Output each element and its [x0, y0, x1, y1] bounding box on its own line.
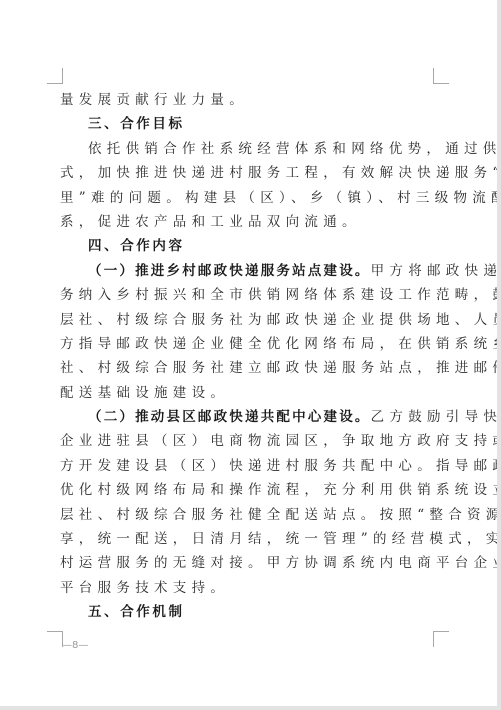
paragraph-text: 量发展贡献行业力量。 — [60, 92, 248, 108]
paragraph-text: 甲方将邮政快递服 — [371, 263, 501, 279]
text-line: （一）推进乡村邮政快递服务站点建设。甲方将邮政快递服 — [60, 259, 438, 283]
paragraph-text: 配送基础设施建设。 — [60, 385, 229, 401]
text-line: 企业进驻县（区）电商物流园区，争取地方政府支持或委托第三 — [60, 429, 438, 453]
text-line: 系，促进农产品和工业品双向流通。 — [60, 210, 438, 234]
document-page: 量发展贡献行业力量。 三、合作目标 依托供销合作社系统经营体系和网络优势，通过供… — [0, 0, 497, 706]
text-line: 依托供销合作社系统经营体系和网络优势，通过供邮合作模 — [60, 137, 438, 161]
top-right-margin-mark — [433, 68, 449, 84]
bottom-left-margin-mark — [47, 631, 63, 647]
paragraph-text: 务纳入乡村振兴和全市供销网络体系建设工作范畴，鼓励乡镇基 — [60, 287, 501, 303]
subheading-text: （二）推动县区邮政快递共配中心建设。 — [88, 409, 371, 425]
heading-text: 五、合作机制 — [88, 604, 185, 620]
paragraph-text: 层社、村级综合服务社健全配送站点。按照“整合资源，信息共 — [60, 507, 501, 523]
text-line: 里”难的问题。构建县（区）、乡（镇）、村三级物流配送网络体 — [60, 186, 438, 210]
text-line: 量发展贡献行业力量。 — [60, 88, 438, 112]
text-line: （二）推动县区邮政快递共配中心建设。乙方鼓励引导快递 — [60, 405, 438, 429]
bottom-right-margin-mark — [433, 631, 449, 647]
paragraph-text: 层社、村级综合服务社为邮政快递企业提供场地、人员支持。乙 — [60, 312, 501, 328]
text-line: 平台服务技术支持。 — [60, 576, 438, 600]
text-line: 方指导邮政快递企业健全优化网络布局，在供销系统乡镇基层 — [60, 332, 438, 356]
paragraph-text: 企业进驻县（区）电商物流园区，争取地方政府支持或委托第三 — [60, 433, 501, 449]
paragraph-text: 方指导邮政快递企业健全优化网络布局，在供销系统乡镇基层 — [60, 336, 501, 352]
text-line: 式，加快推进快递进村服务工程，有效解决快递服务“最后一公 — [60, 161, 438, 185]
paragraph-text: 依托供销合作社系统经营体系和网络优势，通过供邮合作模 — [88, 141, 501, 157]
paragraph-text: 村运营服务的无缝对接。甲方协调系统内电商平台企业给予网络 — [60, 555, 501, 571]
text-line: 社、村级综合服务社建立邮政快递服务站点，推进邮件快件末端 — [60, 356, 438, 380]
vertical-scrollbar-track[interactable] — [497, 0, 501, 710]
paragraph-text: 社、村级综合服务社建立邮政快递服务站点，推进邮件快件末端 — [60, 360, 501, 376]
text-line: 享，统一配送，日清月结，统一管理”的经营模式，实现快递进 — [60, 527, 438, 551]
heading-text: 三、合作目标 — [88, 116, 185, 132]
heading-text: 四、合作内容 — [88, 238, 185, 254]
section-heading-content: 四、合作内容 — [60, 234, 438, 258]
paragraph-text: 享，统一配送，日清月结，统一管理”的经营模式，实现快递进 — [60, 531, 501, 547]
text-line: 层社、村级综合服务社为邮政快递企业提供场地、人员支持。乙 — [60, 308, 438, 332]
text-line: 村运营服务的无缝对接。甲方协调系统内电商平台企业给予网络 — [60, 551, 438, 575]
paragraph-text: 系，促进农产品和工业品双向流通。 — [60, 214, 361, 230]
document-body: 量发展贡献行业力量。 三、合作目标 依托供销合作社系统经营体系和网络优势，通过供… — [60, 88, 438, 625]
section-heading-goals: 三、合作目标 — [60, 112, 438, 136]
paragraph-text: 式，加快推进快递进村服务工程，有效解决快递服务“最后一公 — [60, 165, 501, 181]
page-gap — [0, 706, 501, 710]
section-heading-mechanism: 五、合作机制 — [60, 600, 438, 624]
text-line: 方开发建设县（区）快递进村服务共配中心。指导邮政快递企业 — [60, 454, 438, 478]
subheading-text: （一）推进乡村邮政快递服务站点建设。 — [88, 263, 371, 279]
top-left-margin-mark — [47, 68, 63, 84]
paragraph-text: 优化村级网络布局和操作流程，充分利用供销系统设立的乡镇基 — [60, 482, 501, 498]
paragraph-text: 平台服务技术支持。 — [60, 580, 229, 596]
text-line: 优化村级网络布局和操作流程，充分利用供销系统设立的乡镇基 — [60, 478, 438, 502]
text-line: 务纳入乡村振兴和全市供销网络体系建设工作范畴，鼓励乡镇基 — [60, 283, 438, 307]
paragraph-text: 方开发建设县（区）快递进村服务共配中心。指导邮政快递企业 — [60, 458, 501, 474]
text-line: 配送基础设施建设。 — [60, 381, 438, 405]
text-line: 层社、村级综合服务社健全配送站点。按照“整合资源，信息共 — [60, 503, 438, 527]
paragraph-text: 里”难的问题。构建县（区）、乡（镇）、村三级物流配送网络体 — [60, 190, 501, 206]
paragraph-text: 乙方鼓励引导快递 — [371, 409, 501, 425]
page-number: —8— — [62, 640, 88, 651]
